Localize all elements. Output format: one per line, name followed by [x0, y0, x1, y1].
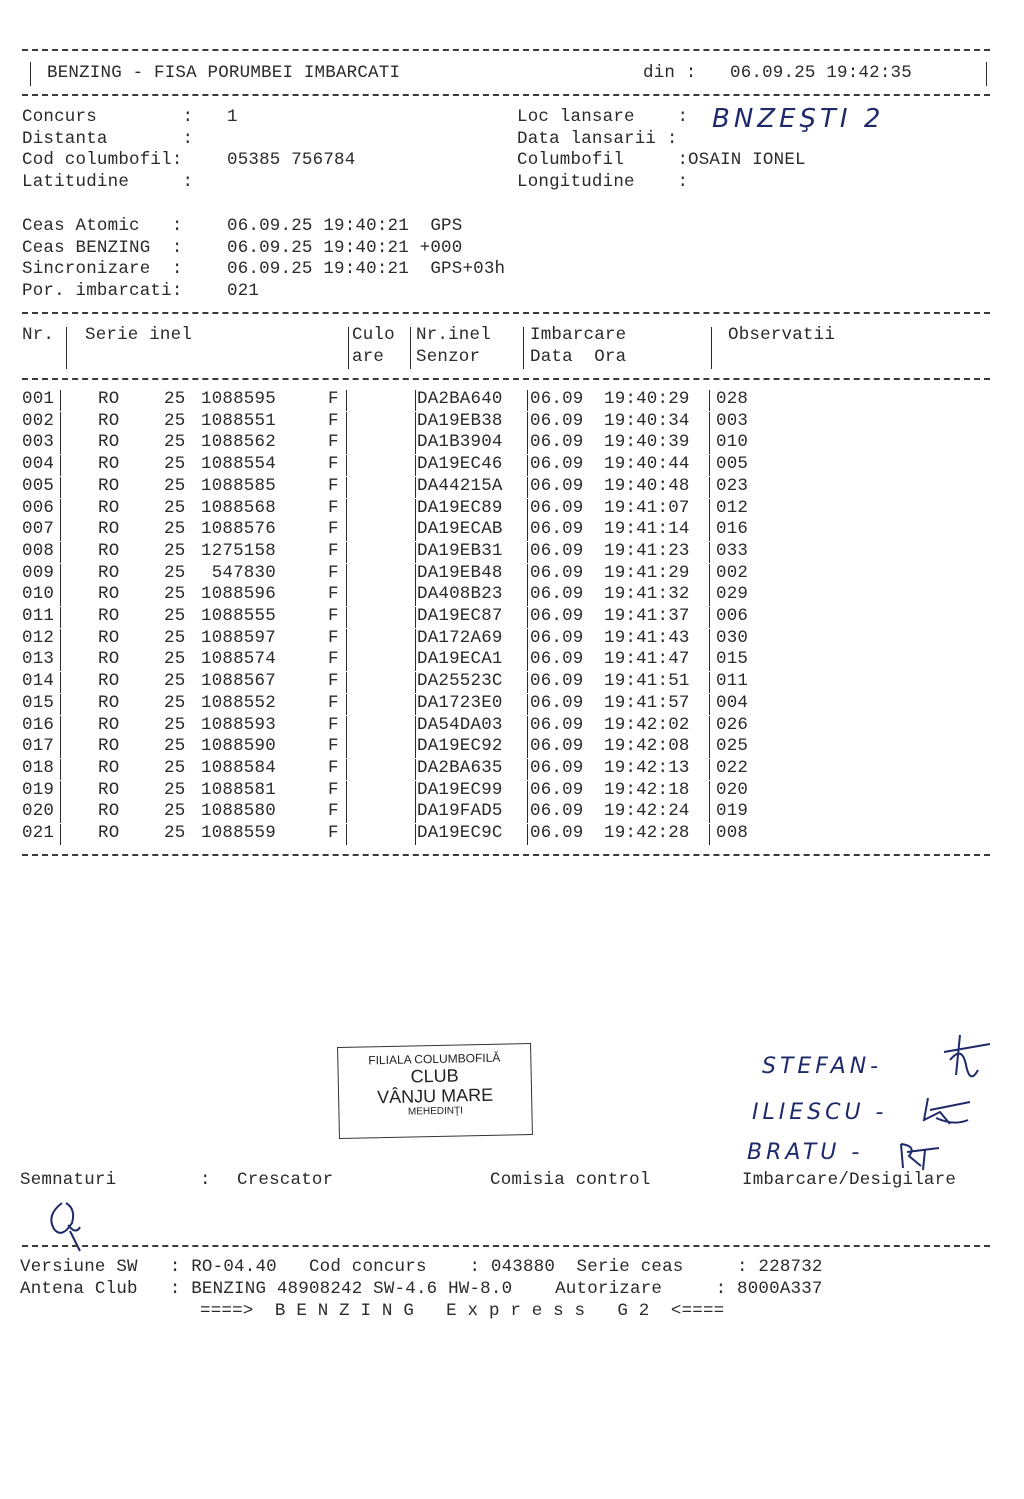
row-ring: 1088581 [201, 780, 276, 802]
col-separator [66, 327, 67, 369]
row-date: 06.09 [530, 780, 584, 802]
row-year: 25 [164, 432, 185, 454]
row-date: 06.09 [530, 606, 584, 628]
row-sex: F [328, 671, 339, 693]
table-row: 014RO251088567FDA25523C06.0919:41:51011 [0, 671, 1024, 693]
col-separator [709, 455, 710, 476]
col-separator [60, 759, 61, 780]
row-sensor: DA19EC9C [417, 823, 503, 845]
row-ring: 1088574 [201, 649, 276, 671]
row-year: 25 [164, 519, 185, 541]
row-country: RO [98, 498, 119, 520]
row-observation: 020 [716, 780, 748, 802]
clock-value: 06.09.25 19:40:21 +000 [227, 238, 462, 260]
col-separator [60, 520, 61, 541]
divider-footer [22, 1245, 990, 1247]
col-separator [60, 781, 61, 802]
row-date: 06.09 [530, 693, 584, 715]
table-row: 010RO251088596FDA408B2306.0919:41:32029 [0, 584, 1024, 606]
row-country: RO [98, 671, 119, 693]
row-number: 006 [22, 498, 54, 520]
row-number: 012 [22, 628, 54, 650]
row-date: 06.09 [530, 454, 584, 476]
row-time: 19:42:18 [604, 780, 690, 802]
row-ring: 1088554 [201, 454, 276, 476]
col-separator [415, 455, 416, 476]
row-time: 19:41:47 [604, 649, 690, 671]
row-date: 06.09 [530, 498, 584, 520]
row-country: RO [98, 454, 119, 476]
row-sex: F [328, 498, 339, 520]
row-observation: 016 [716, 519, 748, 541]
table-row: 005RO251088585FDA44215A06.0919:40:48023 [0, 476, 1024, 498]
col-separator [709, 433, 710, 454]
row-sensor: DA1B3904 [417, 432, 503, 454]
row-observation: 008 [716, 823, 748, 845]
row-year: 25 [164, 454, 185, 476]
signature-imbarcare-label: Imbarcare/Desigilare [742, 1170, 956, 1192]
row-sex: F [328, 606, 339, 628]
row-number: 015 [22, 693, 54, 715]
col-separator [709, 629, 710, 650]
col-separator [346, 781, 347, 802]
row-ring: 1088580 [201, 801, 276, 823]
row-number: 011 [22, 606, 54, 628]
divider-table-top [22, 312, 990, 314]
row-number: 018 [22, 758, 54, 780]
col-separator [527, 672, 528, 693]
col-separator [709, 781, 710, 802]
divider-table-header [22, 378, 990, 380]
col-header-nr: Nr. [22, 325, 54, 347]
col-separator [709, 802, 710, 823]
col-separator [527, 477, 528, 498]
row-country: RO [98, 736, 119, 758]
row-time: 19:42:24 [604, 801, 690, 823]
row-number: 013 [22, 649, 54, 671]
col-separator [415, 672, 416, 693]
clock-label: Ceas BENZING : [22, 238, 183, 260]
row-sensor: DA19ECA1 [417, 649, 503, 671]
signature-comisia-label: Comisia control [490, 1170, 651, 1192]
col-separator [415, 585, 416, 606]
col-separator [527, 412, 528, 433]
row-country: RO [98, 563, 119, 585]
row-time: 19:41:37 [604, 606, 690, 628]
col-separator [709, 672, 710, 693]
footer-line-2: Antena Club : BENZING 48908242 SW-4.6 HW… [20, 1279, 823, 1301]
row-number: 020 [22, 801, 54, 823]
row-number: 017 [22, 736, 54, 758]
row-observation: 002 [716, 563, 748, 585]
row-observation: 026 [716, 715, 748, 737]
row-country: RO [98, 693, 119, 715]
divider-table-bottom [22, 854, 990, 856]
col-separator [527, 781, 528, 802]
row-sensor: DA54DA03 [417, 715, 503, 737]
clock-label: Ceas Atomic : [22, 216, 183, 238]
clock-label: Por. imbarcati: [22, 281, 183, 303]
col-separator [527, 499, 528, 520]
header-left-bar [30, 62, 31, 86]
row-number: 010 [22, 584, 54, 606]
col-separator [346, 716, 347, 737]
row-sensor: DA19EC46 [417, 454, 503, 476]
col-separator [527, 759, 528, 780]
col-separator [709, 499, 710, 520]
col-separator [709, 520, 710, 541]
col-separator [346, 433, 347, 454]
row-year: 25 [164, 671, 185, 693]
row-year: 25 [164, 649, 185, 671]
info-right-label: Loc lansare : [517, 107, 688, 129]
col-separator [523, 327, 524, 369]
row-sex: F [328, 584, 339, 606]
row-ring: 1088576 [201, 519, 276, 541]
col-separator [346, 455, 347, 476]
col-separator [346, 412, 347, 433]
col-separator [415, 802, 416, 823]
clock-value: 06.09.25 19:40:21 GPS [227, 216, 462, 238]
row-sensor: DA19EB31 [417, 541, 503, 563]
row-country: RO [98, 801, 119, 823]
row-year: 25 [164, 476, 185, 498]
info-left-label: Cod columbofil: [22, 150, 183, 172]
table-row: 004RO251088554FDA19EC4606.0919:40:44005 [0, 454, 1024, 476]
row-year: 25 [164, 628, 185, 650]
row-time: 19:41:23 [604, 541, 690, 563]
row-sex: F [328, 715, 339, 737]
info-left-label: Concurs : [22, 107, 193, 129]
row-date: 06.09 [530, 715, 584, 737]
row-country: RO [98, 758, 119, 780]
row-number: 007 [22, 519, 54, 541]
col-separator [415, 499, 416, 520]
row-time: 19:41:07 [604, 498, 690, 520]
row-date: 06.09 [530, 736, 584, 758]
row-sensor: DA2BA635 [417, 758, 503, 780]
row-country: RO [98, 541, 119, 563]
col-separator [348, 327, 349, 369]
row-year: 25 [164, 736, 185, 758]
col-separator [60, 607, 61, 628]
col-separator [346, 824, 347, 845]
row-sensor: DA25523C [417, 671, 503, 693]
col-separator [60, 542, 61, 563]
row-ring: 1088585 [201, 476, 276, 498]
row-year: 25 [164, 584, 185, 606]
info-left-label: Distanta : [22, 129, 193, 151]
handwritten-name-1: STEFAN- [762, 1054, 882, 1079]
row-sex: F [328, 476, 339, 498]
col-separator [415, 781, 416, 802]
signatures-colon: : [200, 1170, 211, 1192]
row-observation: 006 [716, 606, 748, 628]
row-sex: F [328, 649, 339, 671]
col-separator [346, 694, 347, 715]
row-time: 19:41:51 [604, 671, 690, 693]
row-time: 19:41:29 [604, 563, 690, 585]
col-separator [711, 327, 712, 369]
signature-scribble-1 [930, 1030, 1000, 1090]
header-right-bar [986, 62, 987, 86]
row-date: 06.09 [530, 563, 584, 585]
row-observation: 028 [716, 389, 748, 411]
row-time: 19:40:29 [604, 389, 690, 411]
info-left-value: 05385 756784 [227, 150, 355, 172]
col-header-observatii: Observatii [728, 325, 835, 347]
col-separator [709, 716, 710, 737]
col-separator [415, 737, 416, 758]
row-sensor: DA19FAD5 [417, 801, 503, 823]
row-ring: 547830 [201, 563, 276, 585]
row-observation: 022 [716, 758, 748, 780]
col-separator [346, 737, 347, 758]
row-country: RO [98, 823, 119, 845]
info-right-value: OSAIN IONEL [688, 150, 806, 172]
row-ring: 1088584 [201, 758, 276, 780]
col-separator [415, 607, 416, 628]
row-ring: 1088595 [201, 389, 276, 411]
row-sensor: DA408B23 [417, 584, 503, 606]
col-separator [60, 499, 61, 520]
footer-banner: ====> B E N Z I N G E x p r e s s G 2 <=… [200, 1301, 724, 1323]
clock-value: 06.09.25 19:40:21 GPS+03h [227, 259, 505, 281]
col-separator [527, 607, 528, 628]
col-separator [346, 650, 347, 671]
col-separator [415, 412, 416, 433]
table-row: 021RO251088559FDA19EC9C06.0919:42:28008 [0, 823, 1024, 845]
table-row: 018RO251088584FDA2BA63506.0919:42:13022 [0, 758, 1024, 780]
row-sensor: DA19EC87 [417, 606, 503, 628]
col-separator [527, 520, 528, 541]
row-observation: 003 [716, 411, 748, 433]
col-separator [709, 607, 710, 628]
row-date: 06.09 [530, 801, 584, 823]
row-date: 06.09 [530, 584, 584, 606]
divider-header [22, 94, 990, 96]
col-separator [415, 650, 416, 671]
row-sensor: DA19EC92 [417, 736, 503, 758]
row-number: 014 [22, 671, 54, 693]
row-sex: F [328, 628, 339, 650]
row-sensor: DA2BA640 [417, 389, 503, 411]
row-date: 06.09 [530, 541, 584, 563]
col-separator [527, 564, 528, 585]
col-separator [60, 737, 61, 758]
info-right-label: Data lansarii : [517, 129, 678, 151]
col-separator [709, 412, 710, 433]
row-year: 25 [164, 541, 185, 563]
col-separator [415, 433, 416, 454]
row-observation: 029 [716, 584, 748, 606]
col-separator [60, 672, 61, 693]
report-din-label: din : [643, 63, 697, 85]
row-ring: 1088596 [201, 584, 276, 606]
row-observation: 019 [716, 801, 748, 823]
info-left-value: 1 [227, 107, 238, 129]
row-date: 06.09 [530, 758, 584, 780]
row-sensor: DA19EB38 [417, 411, 503, 433]
row-observation: 004 [716, 693, 748, 715]
row-sex: F [328, 519, 339, 541]
col-separator [415, 759, 416, 780]
row-ring: 1088562 [201, 432, 276, 454]
col-header-serie: Serie inel [85, 325, 192, 347]
row-country: RO [98, 389, 119, 411]
col-separator [415, 564, 416, 585]
col-separator [60, 802, 61, 823]
row-country: RO [98, 628, 119, 650]
handwritten-release-location: BNZEŞTI 2 [712, 104, 884, 134]
row-year: 25 [164, 801, 185, 823]
info-right-label: Columbofil : [517, 150, 688, 172]
col-separator [60, 477, 61, 498]
row-number: 009 [22, 563, 54, 585]
col-separator [346, 477, 347, 498]
table-header: Nr. Serie inel Culo are Nr.inel Senzor I… [0, 325, 1024, 369]
row-sex: F [328, 411, 339, 433]
row-country: RO [98, 606, 119, 628]
row-ring: 1088567 [201, 671, 276, 693]
col-separator [527, 737, 528, 758]
row-sensor: DA1723E0 [417, 693, 503, 715]
col-header-imbarcare: Imbarcare [530, 325, 626, 347]
row-observation: 033 [716, 541, 748, 563]
col-separator [60, 412, 61, 433]
col-separator [709, 564, 710, 585]
col-separator [709, 585, 710, 606]
signature-scribble-2 [920, 1090, 980, 1130]
row-number: 008 [22, 541, 54, 563]
clock-label: Sincronizare : [22, 259, 183, 281]
footer-line-1: Versiune SW : RO-04.40 Cod concurs : 043… [20, 1257, 823, 1279]
row-time: 19:42:08 [604, 736, 690, 758]
row-country: RO [98, 476, 119, 498]
row-observation: 005 [716, 454, 748, 476]
row-observation: 012 [716, 498, 748, 520]
col-separator [415, 716, 416, 737]
row-year: 25 [164, 389, 185, 411]
row-time: 19:40:44 [604, 454, 690, 476]
table-row: 016RO251088593FDA54DA0306.0919:42:02026 [0, 715, 1024, 737]
row-date: 06.09 [530, 476, 584, 498]
col-separator [709, 824, 710, 845]
row-country: RO [98, 780, 119, 802]
row-sex: F [328, 432, 339, 454]
row-year: 25 [164, 411, 185, 433]
col-separator [527, 433, 528, 454]
row-date: 06.09 [530, 649, 584, 671]
col-separator [527, 455, 528, 476]
row-sex: F [328, 563, 339, 585]
row-number: 019 [22, 780, 54, 802]
row-observation: 023 [716, 476, 748, 498]
row-sensor: DA172A69 [417, 628, 503, 650]
col-separator [415, 824, 416, 845]
table-row: 001RO251088595FDA2BA64006.0919:40:29028 [0, 389, 1024, 411]
row-ring: 1088590 [201, 736, 276, 758]
row-country: RO [98, 715, 119, 737]
col-separator [60, 433, 61, 454]
col-separator [415, 390, 416, 411]
row-sex: F [328, 801, 339, 823]
table-row: 012RO251088597FDA172A6906.0919:41:43030 [0, 628, 1024, 650]
col-separator [346, 759, 347, 780]
row-date: 06.09 [530, 628, 584, 650]
row-ring: 1088555 [201, 606, 276, 628]
row-number: 001 [22, 389, 54, 411]
row-number: 003 [22, 432, 54, 454]
col-separator [415, 542, 416, 563]
row-country: RO [98, 584, 119, 606]
col-separator [346, 607, 347, 628]
row-time: 19:40:34 [604, 411, 690, 433]
row-country: RO [98, 432, 119, 454]
row-sex: F [328, 693, 339, 715]
info-right-label: Longitudine : [517, 172, 688, 194]
row-observation: 011 [716, 671, 748, 693]
row-time: 19:41:32 [604, 584, 690, 606]
col-separator [709, 737, 710, 758]
row-date: 06.09 [530, 823, 584, 845]
col-header-culoare-2: are [352, 347, 384, 369]
table-row: 009RO25 547830FDA19EB4806.0919:41:29002 [0, 563, 1024, 585]
table-row: 020RO251088580FDA19FAD506.0919:42:24019 [0, 801, 1024, 823]
col-separator [346, 564, 347, 585]
row-ring: 1088559 [201, 823, 276, 845]
table-row: 011RO251088555FDA19EC8706.0919:41:37006 [0, 606, 1024, 628]
col-separator [60, 455, 61, 476]
row-ring: 1088568 [201, 498, 276, 520]
row-sex: F [328, 823, 339, 845]
row-sensor: DA19ECAB [417, 519, 503, 541]
col-separator [60, 824, 61, 845]
row-sex: F [328, 780, 339, 802]
table-row: 013RO251088574FDA19ECA106.0919:41:47015 [0, 649, 1024, 671]
row-time: 19:40:39 [604, 432, 690, 454]
row-sensor: DA19EC89 [417, 498, 503, 520]
col-separator [527, 802, 528, 823]
col-separator [60, 694, 61, 715]
row-year: 25 [164, 498, 185, 520]
row-time: 19:41:14 [604, 519, 690, 541]
col-header-data-ora: Data Ora [530, 347, 626, 369]
signature-crescator-label: Crescator [237, 1170, 333, 1192]
col-header-culoare: Culo [352, 325, 395, 347]
col-separator [60, 650, 61, 671]
col-separator [60, 564, 61, 585]
row-time: 19:40:48 [604, 476, 690, 498]
col-separator [527, 629, 528, 650]
row-number: 005 [22, 476, 54, 498]
col-separator [527, 694, 528, 715]
row-observation: 030 [716, 628, 748, 650]
row-year: 25 [164, 563, 185, 585]
row-sex: F [328, 454, 339, 476]
col-separator [415, 629, 416, 650]
table-row: 003RO251088562FDA1B390406.0919:40:39010 [0, 432, 1024, 454]
row-number: 002 [22, 411, 54, 433]
table-row: 008RO251275158FDA19EB3106.0919:41:23033 [0, 541, 1024, 563]
row-year: 25 [164, 780, 185, 802]
signatures-label: Semnaturi [20, 1170, 116, 1192]
col-separator [346, 390, 347, 411]
row-observation: 025 [716, 736, 748, 758]
col-separator [527, 542, 528, 563]
col-separator [709, 390, 710, 411]
row-year: 25 [164, 758, 185, 780]
